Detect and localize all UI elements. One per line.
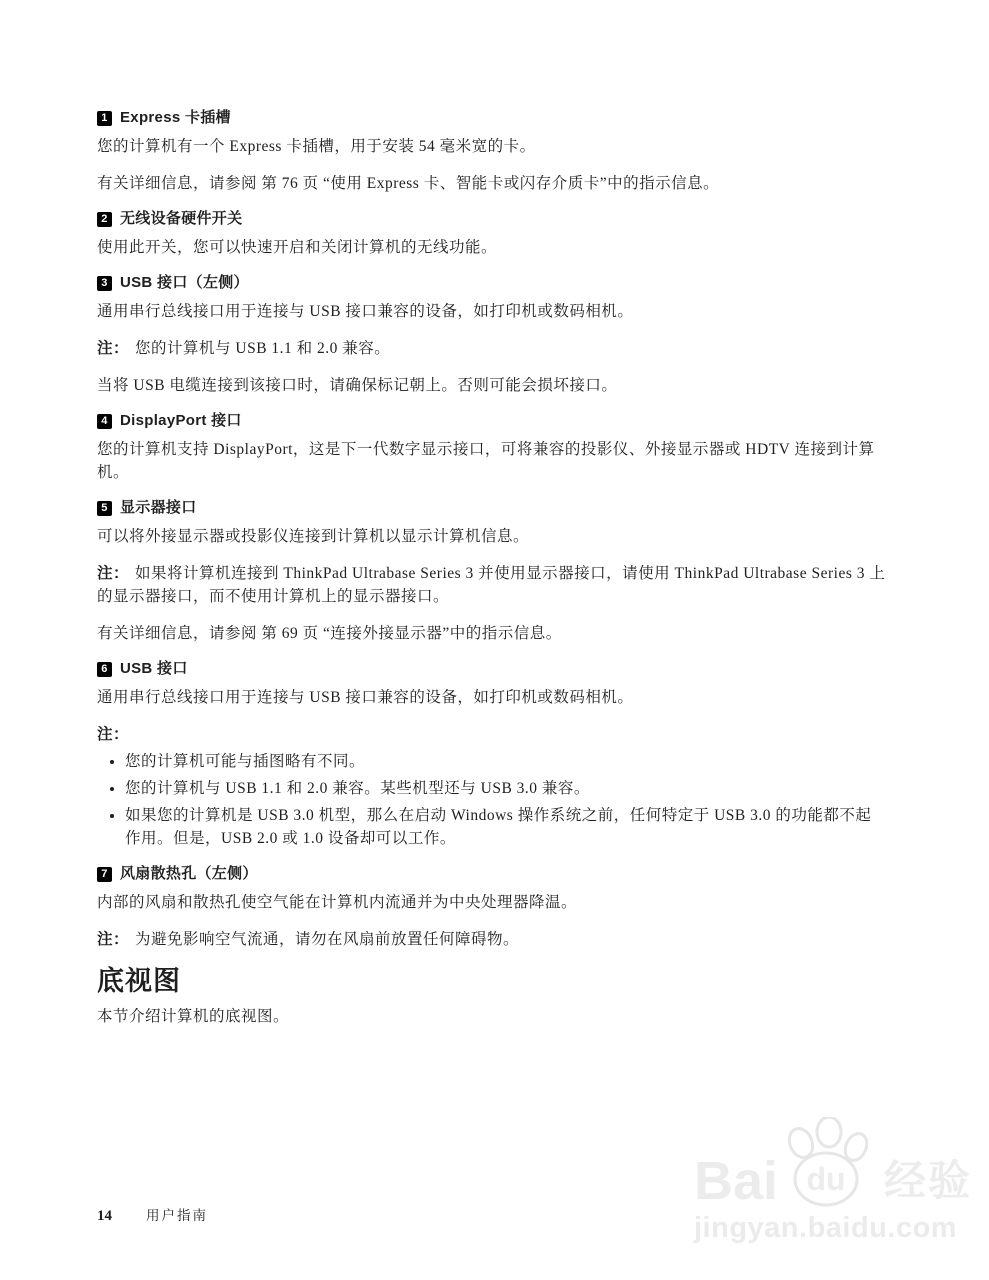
page-footer: 14 用户指南 xyxy=(97,1204,208,1225)
callout-2-badge: 2 xyxy=(97,212,112,227)
document-page: 1 Express 卡插槽 您的计算机有一个 Express 卡插槽，用于安装 … xyxy=(0,0,989,1280)
section-title-label: DisplayPort 接口 xyxy=(120,411,242,431)
note-text: 为避免影响空气流通，请勿在风扇前放置任何障碍物。 xyxy=(135,931,519,948)
page-number: 14 xyxy=(97,1208,112,1225)
bullet-item: 您的计算机与 USB 1.1 和 2.0 兼容。某些机型还与 USB 3.0 兼… xyxy=(125,777,887,800)
bullet-item: 如果您的计算机是 USB 3.0 机型，那么在启动 Windows 操作系统之前… xyxy=(125,804,887,850)
paragraph: 本节介绍计算机的底视图。 xyxy=(97,1005,887,1028)
callout-1-badge: 1 xyxy=(97,111,112,126)
callout-5-badge: 5 xyxy=(97,501,112,516)
note-label: 注： xyxy=(97,726,129,743)
baidu-jingyan-watermark: Bai du 经验 jingyan.baidu.com xyxy=(694,1126,988,1246)
footer-doc-title: 用户指南 xyxy=(146,1204,208,1224)
section-title-usb: 6 USB 接口 xyxy=(97,659,887,679)
section-title-express-card-slot: 1 Express 卡插槽 xyxy=(97,108,887,128)
paragraph: 通用串行总线接口用于连接与 USB 接口兼容的设备，如打印机或数码相机。 xyxy=(97,300,887,323)
watermark-jingyan-text: 经验 xyxy=(884,1160,972,1202)
watermark-brand-row: Bai du 经验 xyxy=(694,1126,988,1210)
baidu-paw-icon: du xyxy=(774,1117,878,1218)
section-title-displayport: 4 DisplayPort 接口 xyxy=(97,411,887,431)
note-paragraph: 注：为避免影响空气流通，请勿在风扇前放置任何障碍物。 xyxy=(97,928,887,951)
note-paragraph: 注：您的计算机与 USB 1.1 和 2.0 兼容。 xyxy=(97,337,887,360)
watermark-du-text: du xyxy=(806,1161,845,1197)
section-title-wireless-switch: 2 无线设备硬件开关 xyxy=(97,209,887,229)
page-content: 1 Express 卡插槽 您的计算机有一个 Express 卡插槽，用于安装 … xyxy=(97,108,887,1028)
watermark-bai-text: Bai xyxy=(694,1154,778,1208)
callout-6-badge: 6 xyxy=(97,662,112,677)
section-title-label: 无线设备硬件开关 xyxy=(120,209,242,229)
paragraph: 有关详细信息，请参阅 第 69 页 “连接外接显示器”中的指示信息。 xyxy=(97,622,887,645)
paragraph: 当将 USB 电缆连接到该接口时，请确保标记朝上。否则可能会损坏接口。 xyxy=(97,374,887,397)
section-title-label: 显示器接口 xyxy=(120,498,197,518)
section-title-label: USB 接口 xyxy=(120,659,188,679)
section-title-label: Express 卡插槽 xyxy=(120,108,231,128)
section-title-label: 风扇散热孔（左侧） xyxy=(120,864,258,884)
paragraph: 使用此开关，您可以快速开启和关闭计算机的无线功能。 xyxy=(97,236,887,259)
paragraph: 有关详细信息，请参阅 第 76 页 “使用 Express 卡、智能卡或闪存介质… xyxy=(97,172,887,195)
note-text: 您的计算机与 USB 1.1 和 2.0 兼容。 xyxy=(135,340,390,357)
paragraph: 可以将外接显示器或投影仪连接到计算机以显示计算机信息。 xyxy=(97,525,887,548)
section-title-monitor-connector: 5 显示器接口 xyxy=(97,498,887,518)
paragraph: 您的计算机有一个 Express 卡插槽，用于安装 54 毫米宽的卡。 xyxy=(97,135,887,158)
watermark-url-text: jingyan.baidu.com xyxy=(694,1212,988,1244)
callout-3-badge: 3 xyxy=(97,276,112,291)
note-label: 注： xyxy=(97,931,129,948)
callout-7-badge: 7 xyxy=(97,867,112,882)
section-title-fan-louvers: 7 风扇散热孔（左侧） xyxy=(97,864,887,884)
note-text: 如果将计算机连接到 ThinkPad Ultrabase Series 3 并使… xyxy=(97,565,885,605)
bullet-item: 您的计算机可能与插图略有不同。 xyxy=(125,750,887,773)
paragraph: 通用串行总线接口用于连接与 USB 接口兼容的设备，如打印机或数码相机。 xyxy=(97,686,887,709)
section-title-label: USB 接口（左侧） xyxy=(120,273,249,293)
note-label: 注： xyxy=(97,565,129,582)
bottom-view-heading: 底视图 xyxy=(97,965,887,997)
section-title-usb-left: 3 USB 接口（左侧） xyxy=(97,273,887,293)
note-paragraph: 注： xyxy=(97,723,887,746)
note-bullet-list: 您的计算机可能与插图略有不同。 您的计算机与 USB 1.1 和 2.0 兼容。… xyxy=(97,750,887,850)
paragraph: 内部的风扇和散热孔使空气能在计算机内流通并为中央处理器降温。 xyxy=(97,891,887,914)
paragraph: 您的计算机支持 DisplayPort，这是下一代数字显示接口，可将兼容的投影仪… xyxy=(97,438,887,484)
note-paragraph: 注：如果将计算机连接到 ThinkPad Ultrabase Series 3 … xyxy=(97,562,887,608)
note-label: 注： xyxy=(97,340,129,357)
callout-4-badge: 4 xyxy=(97,414,112,429)
